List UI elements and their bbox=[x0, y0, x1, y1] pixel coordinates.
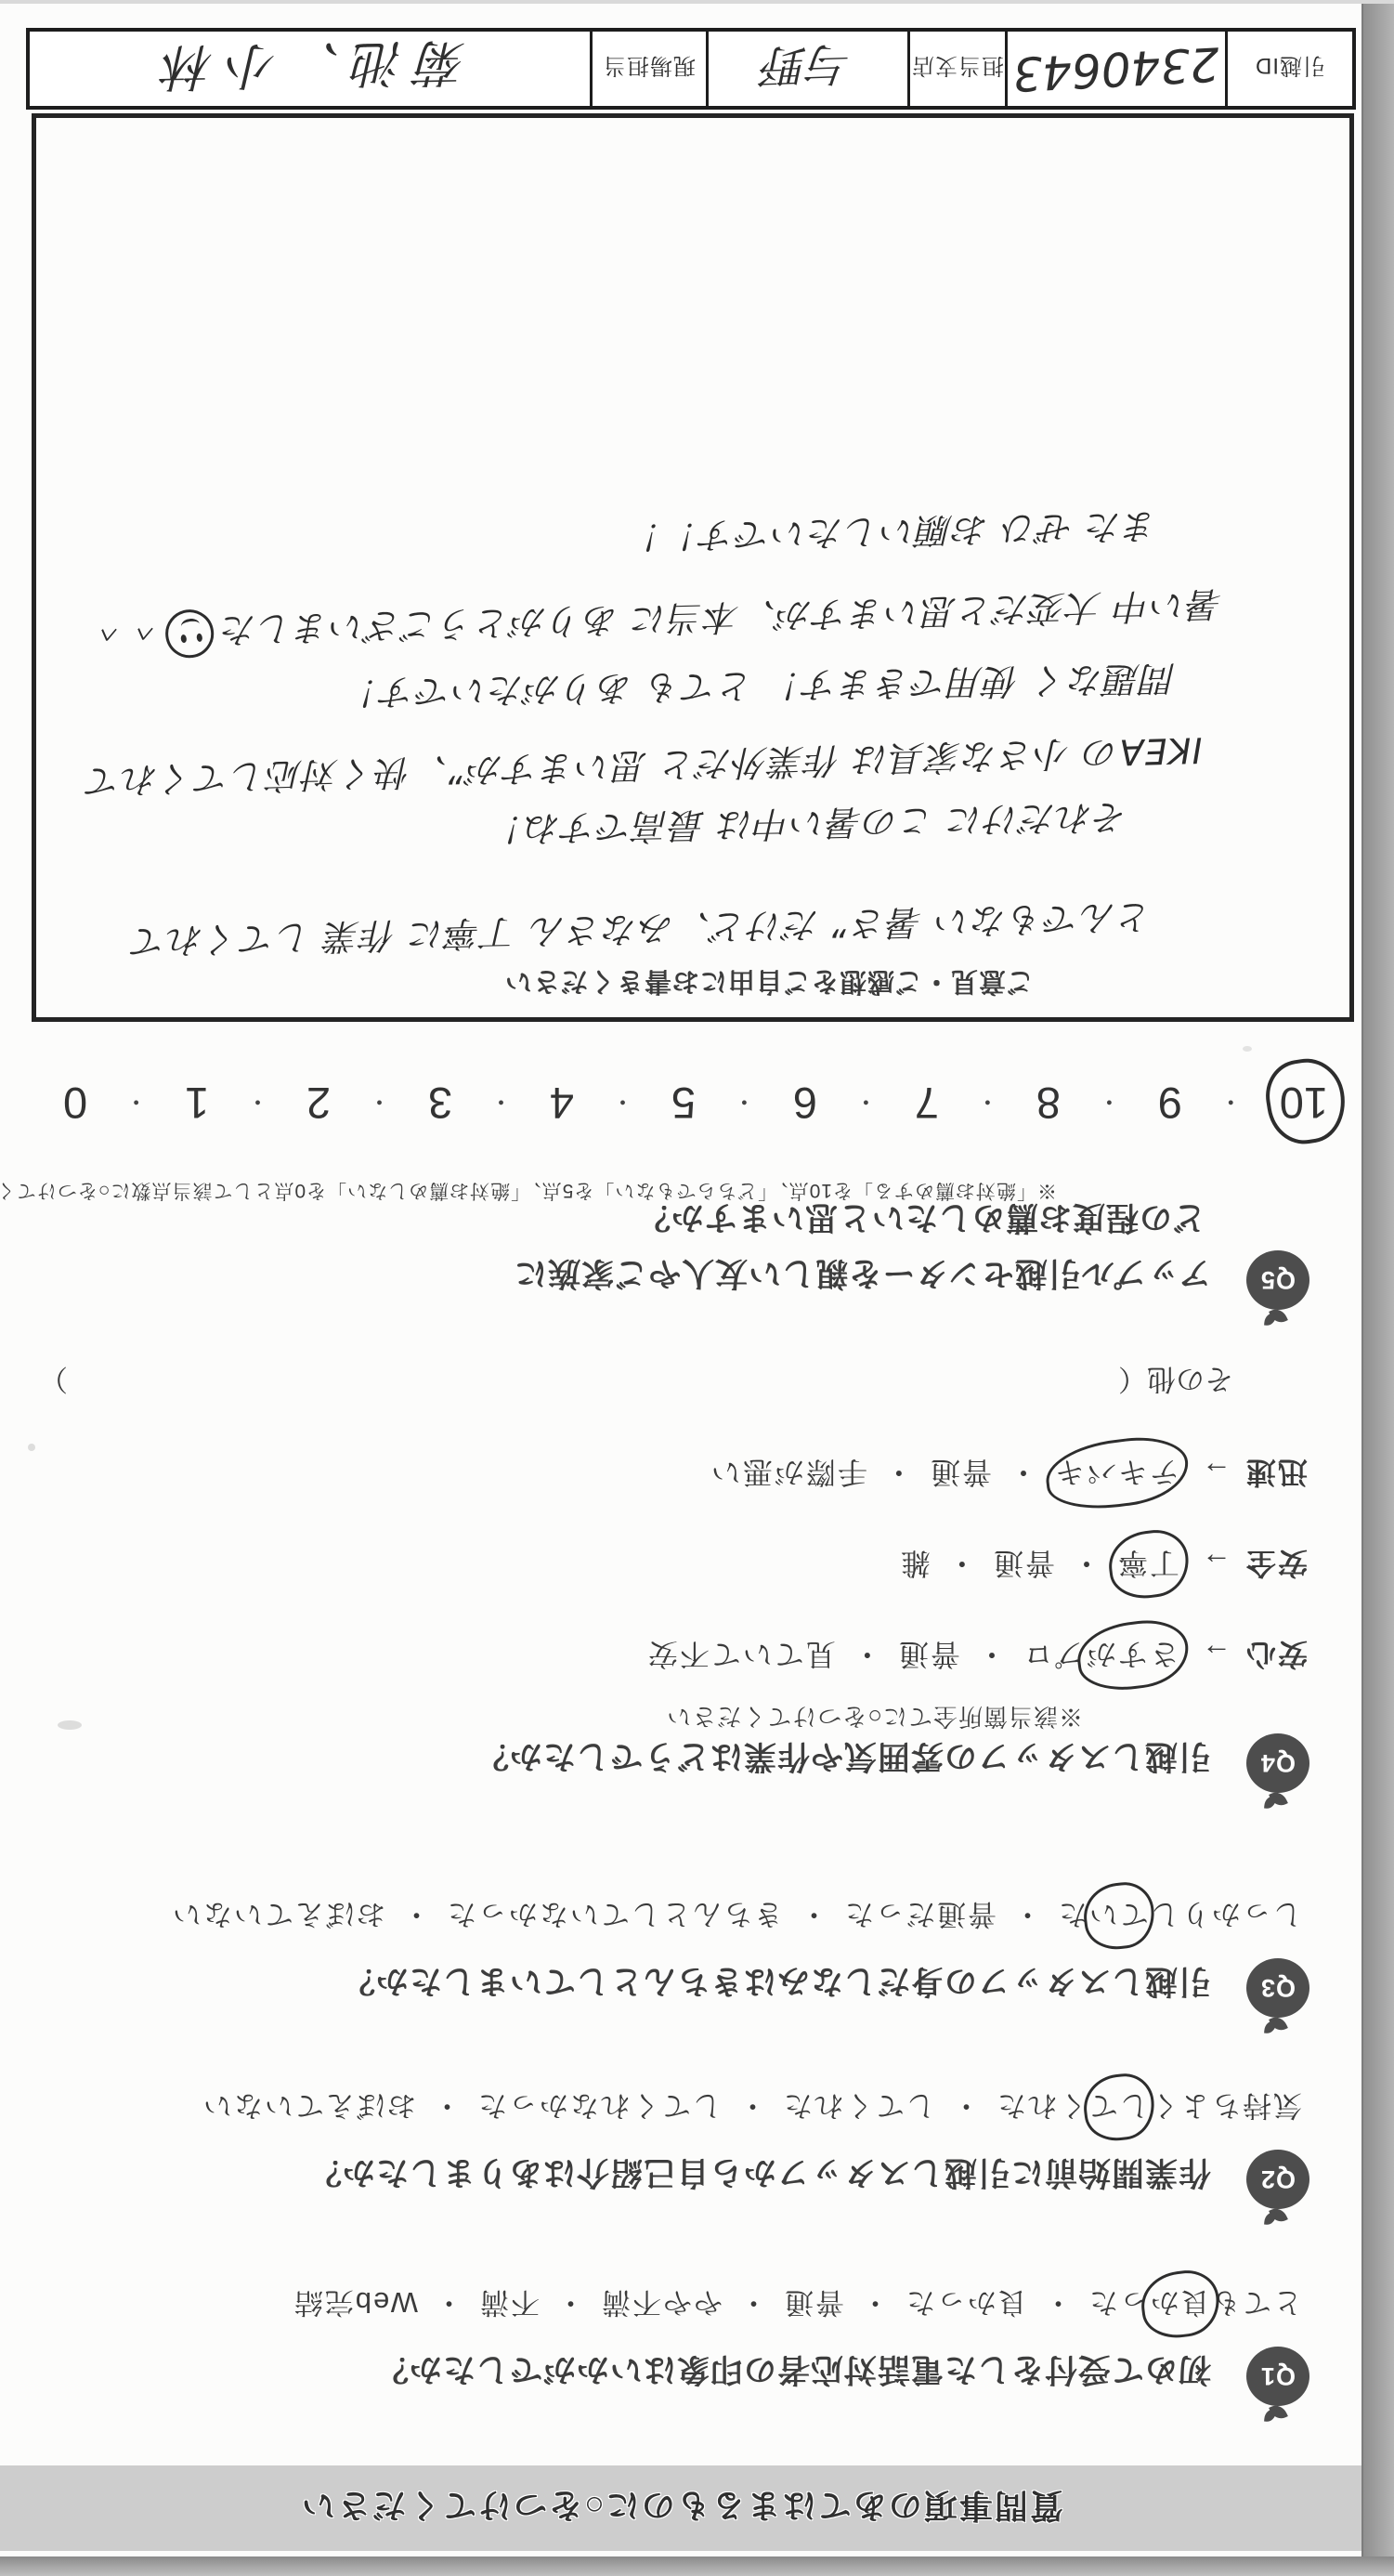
sprout-icon bbox=[1269, 2205, 1288, 2226]
branch-label: 担当支店 bbox=[911, 53, 1004, 85]
q4-row1-option-2: 普通 bbox=[897, 1638, 960, 1671]
q2-circled-answer: して bbox=[1088, 2087, 1149, 2129]
scale-number: 5 bbox=[671, 1079, 696, 1130]
q1-option-5: 不満 bbox=[478, 2286, 540, 2319]
q4-row-anshin: 安心→さすがプロ・普通・見ていて不安 bbox=[646, 1635, 1308, 1678]
q1-option-6: Web完結 bbox=[293, 2286, 418, 2319]
scale-separator: ・ bbox=[368, 1087, 392, 1121]
nps-scale-row: 10 ・ 9 ・ 8 ・ 7 ・ 6 ・ 5 ・ 4 ・ 3 ・ 2 ・ 1 ・ bbox=[63, 1059, 1328, 1148]
q4-row1-option-3: 見ていて不安 bbox=[646, 1638, 836, 1671]
option-separator: ・ bbox=[945, 1547, 977, 1580]
question-q3: Q3 引越しスタッフの身だしなみはきちんとしていましたか？ しっかりしていた・普… bbox=[33, 1863, 1326, 2021]
q3-option-2: 普通だった bbox=[843, 1898, 997, 1930]
arrow-right-icon: → bbox=[1200, 1547, 1231, 1580]
scale-separator: ・ bbox=[489, 1087, 513, 1121]
branch-value-cell: 与野 bbox=[706, 32, 907, 106]
option-separator: ・ bbox=[554, 2286, 585, 2319]
scale-circled-10: 10 bbox=[1280, 1079, 1328, 1130]
scanned-survey-sheet: 質問事項のあてはまるものに○をつけてください Q1 初めて受付をした電話対応者の… bbox=[0, 0, 1394, 2576]
option-separator: ・ bbox=[431, 2089, 462, 2122]
sprout-icon bbox=[1269, 2014, 1288, 2034]
arrow-right-icon: → bbox=[1200, 1638, 1231, 1671]
q1-option-4: やや不満 bbox=[600, 2286, 723, 2319]
q4-row3-option-3: 手際が悪い bbox=[710, 1456, 867, 1489]
option-separator: ・ bbox=[1070, 1547, 1101, 1580]
scale-number: 8 bbox=[1036, 1079, 1061, 1130]
handwritten-line: また ぜひ お願いしたいです！！ bbox=[626, 503, 1158, 566]
sprout-icon bbox=[1269, 2402, 1288, 2423]
q5-badge-label: Q5 bbox=[1260, 1266, 1296, 1295]
scale-number: 6 bbox=[793, 1079, 817, 1130]
staff-label-cell: 現場担当 bbox=[590, 32, 706, 106]
section-header-text: 質問事項のあてはまるものに○をつけてください bbox=[300, 2485, 1063, 2532]
section-header-band: 質問事項のあてはまるものに○をつけてください bbox=[0, 2465, 1363, 2551]
q2-title: 作業開始前に引越しスタッフから自己紹介はありましたか？ bbox=[33, 2151, 1211, 2213]
id-table: 引越ID 2340643 担当支店 与野 現場担当 菊池、小林 bbox=[26, 28, 1356, 110]
q4-row2-option-2: 普通 bbox=[992, 1547, 1055, 1580]
staff-names-handwritten: 菊池、小林 bbox=[151, 31, 468, 108]
scale-number: 4 bbox=[550, 1079, 574, 1130]
option-separator: ・ bbox=[975, 1638, 1007, 1671]
scale-separator: ・ bbox=[610, 1087, 634, 1121]
q4-row2-circled-answer: 丁寧 bbox=[1116, 1544, 1179, 1587]
q2-option-1: 気持ちよくしてくれた bbox=[996, 2089, 1302, 2122]
option-separator: ・ bbox=[1007, 1456, 1038, 1489]
id-label-cell: 引越ID bbox=[1225, 32, 1352, 106]
q4-row3-circled-answer: テキパキ bbox=[1053, 1453, 1179, 1496]
option-separator: ・ bbox=[882, 1456, 914, 1489]
q3-badge-label: Q3 bbox=[1260, 1974, 1296, 2003]
scale-number: 1 bbox=[185, 1079, 209, 1130]
question-q1: Q1 初めて受付をした電話対応者の印象はいかがでしたか？ とても良かった・良かっ… bbox=[33, 2252, 1326, 2410]
q3-option-1: しっかりしていた bbox=[1057, 1898, 1302, 1930]
staff-value-cell: 菊池、小林 bbox=[30, 32, 590, 106]
option-separator: ・ bbox=[1042, 2286, 1073, 2319]
q3-badge: Q3 bbox=[1246, 1958, 1309, 2018]
moving-id-label: 引越ID bbox=[1255, 53, 1325, 85]
comment-box: ご意見・ご感想をご自由にお書きください とんでもない 暑さ” だけど、みなさん … bbox=[32, 113, 1354, 1022]
handwritten-line: それだけに この暑い中は 最高ですね！ bbox=[488, 794, 1128, 857]
q1-option-1: とても良かった bbox=[1088, 2286, 1302, 2319]
q1-option-2: 良かった bbox=[905, 2286, 1027, 2319]
question-q5: Q5 アップル引越センターを親しい友人やご家族に どの程度お薦めしたいと思います… bbox=[33, 1156, 1326, 1314]
scanner-edge-bottom bbox=[0, 2556, 1394, 2576]
scan-speck bbox=[28, 1444, 35, 1451]
q2-option-4: おぼえていない bbox=[202, 2089, 416, 2122]
scale-separator: ・ bbox=[1097, 1087, 1121, 1121]
option-separator: ・ bbox=[851, 1638, 882, 1671]
q4-row-label: 安全 bbox=[1244, 1547, 1308, 1580]
scale-number: 7 bbox=[915, 1079, 939, 1130]
q1-option-3: 普通 bbox=[783, 2286, 844, 2319]
sprout-icon bbox=[1269, 1789, 1288, 1810]
comment-box-label: ご意見・ご感想をご自由にお書きください bbox=[36, 964, 1034, 1002]
q1-badge: Q1 bbox=[1246, 2347, 1309, 2406]
handwritten-line: 暑い中 大変だと思いますが、本当に ありがとうございました＾＾ bbox=[92, 582, 1223, 662]
q3-circled-answer: てい bbox=[1088, 1896, 1149, 1938]
q4-row-label: 安心 bbox=[1244, 1638, 1308, 1671]
scale-number: 9 bbox=[1158, 1079, 1182, 1130]
option-separator: ・ bbox=[950, 2089, 981, 2122]
q1-circled-answer: 良か bbox=[1149, 2284, 1210, 2326]
scan-speck bbox=[1243, 1046, 1252, 1052]
q4-note: ※該当箇所全てに○をつけてください bbox=[666, 1701, 1083, 1735]
q5-badge: Q5 bbox=[1246, 1250, 1309, 1310]
scanner-edge-top bbox=[0, 0, 1394, 4]
option-separator: ・ bbox=[798, 1898, 828, 1930]
scale-separator: ・ bbox=[246, 1087, 270, 1121]
handwritten-line: とんでもない 暑さ” だけど、みなさん 丁寧に 作業 してくれて bbox=[130, 895, 1153, 971]
option-separator: ・ bbox=[1011, 1898, 1042, 1930]
q5-title-line1: アップル引越センターを親しい友人やご家族に bbox=[33, 1252, 1211, 1314]
scale-number: 2 bbox=[306, 1079, 331, 1130]
option-separator: ・ bbox=[433, 2286, 463, 2319]
option-separator: ・ bbox=[400, 1898, 431, 1930]
scale-number: 3 bbox=[428, 1079, 452, 1130]
q3-options: しっかりしていた・普通だった・きちんとしていなかった・おぼえていない bbox=[33, 1896, 1302, 1938]
staff-label: 現場担当 bbox=[603, 53, 696, 85]
q5-note: ※「絶対お薦めする」を10点、「どちらでもない」を5点、「絶対お薦めしない」を0… bbox=[0, 1178, 1057, 1206]
q2-option-2: してくれた bbox=[782, 2089, 935, 2122]
q4-row-anzen: 安全→丁寧・普通・雑 bbox=[899, 1544, 1308, 1587]
scan-speck bbox=[58, 1720, 82, 1730]
handwritten-line: 問題なく 使用できます！ とても ありがたいです！ bbox=[343, 656, 1177, 722]
q4-row2-option-3: 雑 bbox=[899, 1547, 931, 1580]
q4-title: 引越しスタッフの雰囲気や作業はどうでしたか？ bbox=[33, 1735, 1211, 1797]
q3-title: 引越しスタッフの身だしなみはきちんとしていましたか？ bbox=[33, 1960, 1211, 2021]
q2-badge-label: Q2 bbox=[1260, 2165, 1296, 2194]
survey-form-rotated-180: 質問事項のあてはまるものに○をつけてください Q1 初めて受付をした電話対応者の… bbox=[0, 0, 1363, 2556]
q3-option-3: きちんとしていなかった bbox=[446, 1898, 783, 1930]
q4-row1-circled-answer: さすが bbox=[1085, 1635, 1179, 1678]
q1-options: とても良かった・良かった・普通・やや不満・不満・Web完結 bbox=[33, 2284, 1302, 2326]
id-value-cell: 2340643 bbox=[1005, 32, 1225, 106]
q1-badge-label: Q1 bbox=[1260, 2362, 1296, 2391]
q4-row3-option-2: 普通 bbox=[929, 1456, 992, 1489]
scale-number: 0 bbox=[63, 1079, 87, 1130]
scale-separator: ・ bbox=[1218, 1087, 1243, 1121]
scale-separator: ・ bbox=[853, 1087, 878, 1121]
option-separator: ・ bbox=[737, 2286, 768, 2319]
question-q2: Q2 作業開始前に引越しスタッフから自己紹介はありましたか？ 気持ちよくしてくれ… bbox=[33, 2055, 1326, 2213]
caret-emote: ＾＾ bbox=[92, 611, 165, 654]
q4-row-jinsoku: 迅速→テキパキ・普通・手際が悪い bbox=[710, 1453, 1308, 1496]
option-separator: ・ bbox=[859, 2286, 890, 2319]
scanner-edge-right bbox=[1361, 0, 1394, 2576]
q2-badge: Q2 bbox=[1246, 2150, 1309, 2209]
moving-id-handwritten: 2340643 bbox=[1011, 36, 1220, 101]
q2-options: 気持ちよくしてくれた・してくれた・してくれなかった・おぼえていない bbox=[33, 2087, 1302, 2129]
q4-badge-label: Q4 bbox=[1260, 1749, 1296, 1778]
q4-other-close-paren: ） bbox=[39, 1361, 68, 1403]
q2-option-3: してくれなかった bbox=[476, 2089, 722, 2122]
paper: 質問事項のあてはまるものに○をつけてください Q1 初めて受付をした電話対応者の… bbox=[0, 0, 1363, 2556]
smiley-face-icon bbox=[163, 607, 216, 660]
q1-title: 初めて受付をした電話対応者の印象はいかがでしたか？ bbox=[33, 2348, 1211, 2410]
q4-row-label: 迅速 bbox=[1244, 1456, 1308, 1489]
option-separator: ・ bbox=[736, 2089, 767, 2122]
q4-badge: Q4 bbox=[1246, 1733, 1309, 1793]
question-q4: Q4 引越しスタッフの雰囲気や作業はどうでしたか？ ※該当箇所全てに○をつけてく… bbox=[33, 1314, 1326, 1797]
q4-other-label: その他（ bbox=[1118, 1361, 1233, 1403]
scale-separator: ・ bbox=[975, 1087, 999, 1121]
branch-label-cell: 担当支店 bbox=[907, 32, 1005, 106]
branch-handwritten: 与野 bbox=[762, 35, 853, 102]
scale-separator: ・ bbox=[732, 1087, 756, 1121]
arrow-right-icon: → bbox=[1200, 1456, 1231, 1489]
q3-option-4: おぼえていない bbox=[171, 1898, 385, 1930]
scale-separator: ・ bbox=[124, 1087, 149, 1121]
